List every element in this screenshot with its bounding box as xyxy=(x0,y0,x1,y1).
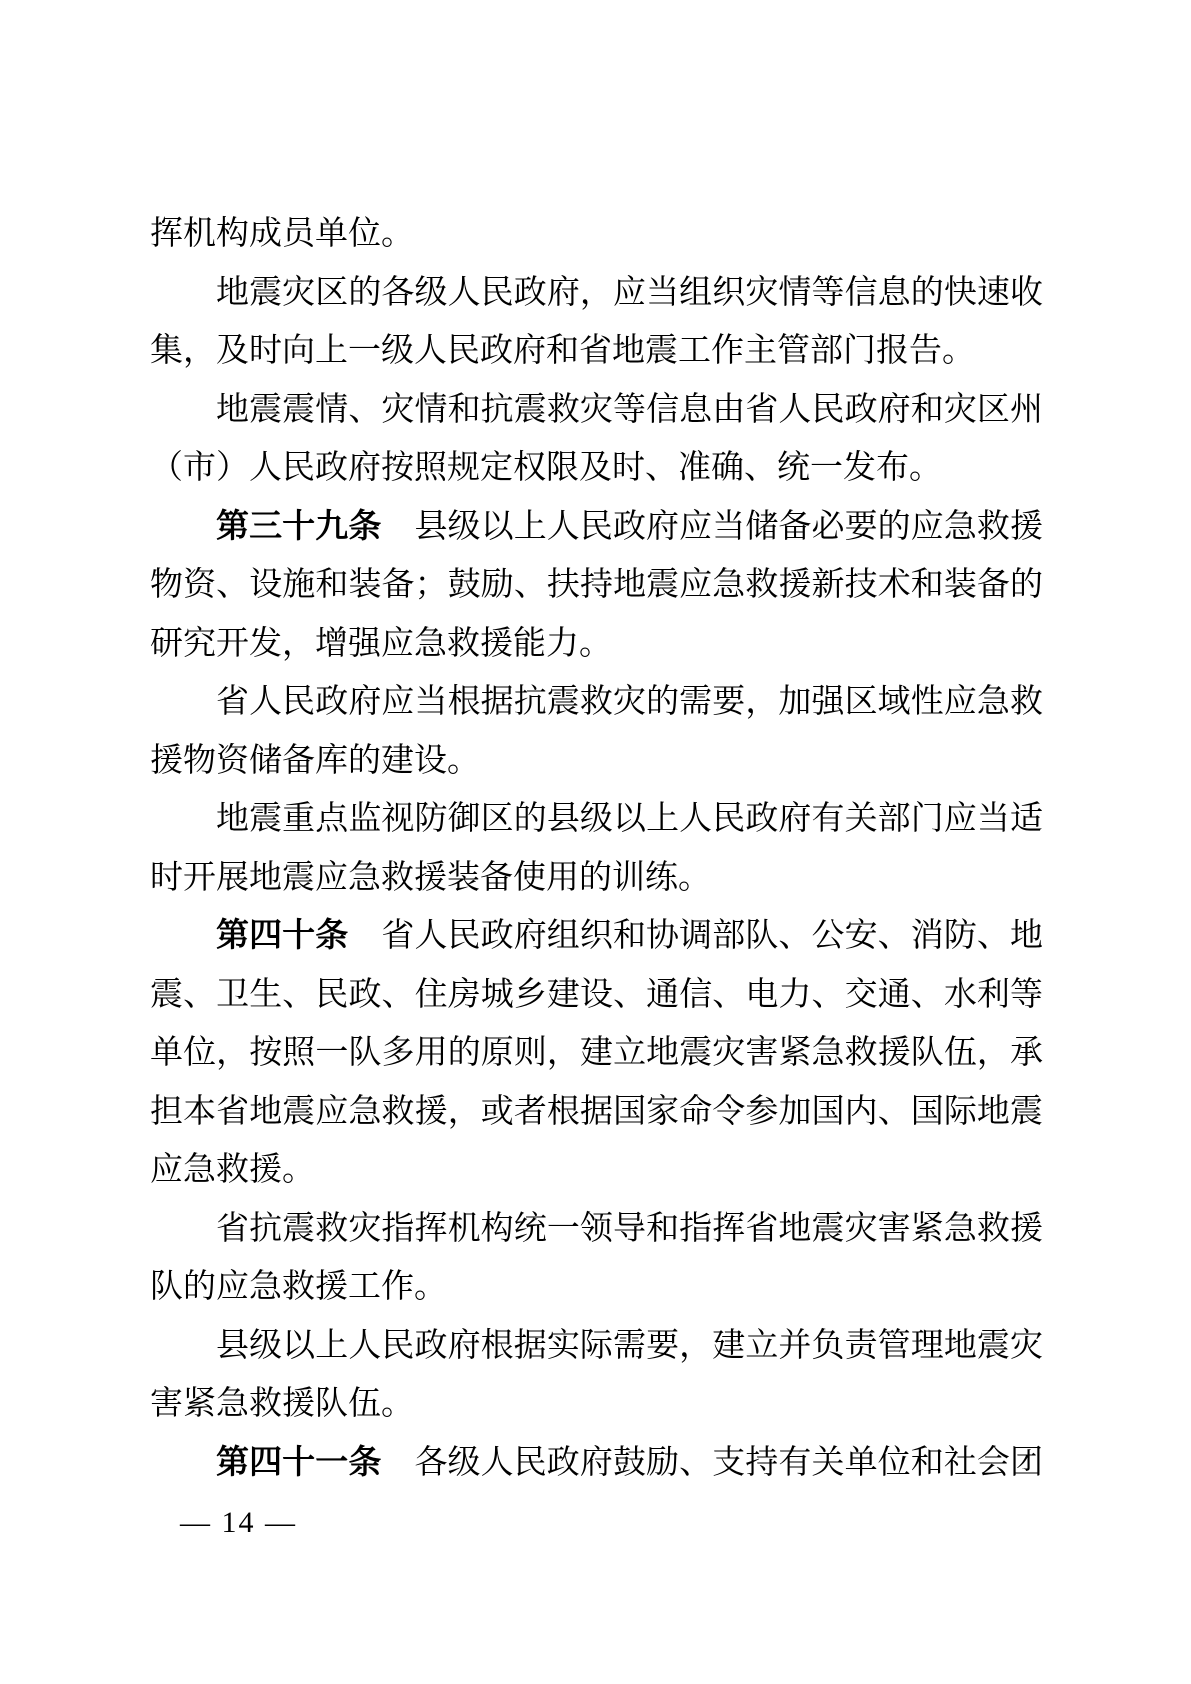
text-run: 地震灾区的各级人民政府，应当组织灾情等信息的快速收 xyxy=(216,275,1043,311)
text-line: 担本省地震应急救援，或者根据国家命令参加国内、国际地震 xyxy=(150,1083,1043,1142)
text-line: 集，及时向上一级人民政府和省地震工作主管部门报告。 xyxy=(150,322,1043,381)
article-number: 第三十九条 xyxy=(216,509,381,545)
text-line: 第三十九条县级以上人民政府应当储备必要的应急救援 xyxy=(150,498,1043,557)
text-line: （市）人民政府按照规定权限及时、准确、统一发布。 xyxy=(150,439,1043,498)
text-line: 队的应急救援工作。 xyxy=(150,1258,1043,1317)
text-run: 省人民政府组织和协调部队、公安、消防、地 xyxy=(381,918,1043,954)
page-number-text: — 14 — xyxy=(180,1506,297,1539)
text-run: 县级以上人民政府应当储备必要的应急救援 xyxy=(414,509,1043,545)
text-line: 挥机构成员单位。 xyxy=(150,205,1043,264)
text-run: 地震重点监视防御区的县级以上人民政府有关部门应当适 xyxy=(216,801,1043,837)
text-line: 第四十一条各级人民政府鼓励、支持有关单位和社会团 xyxy=(150,1434,1043,1493)
text-run: 担本省地震应急救援，或者根据国家命令参加国内、国际地震 xyxy=(150,1094,1043,1130)
text-run: 研究开发，增强应急救援能力。 xyxy=(150,626,612,662)
text-run: 物资、设施和装备；鼓励、扶持地震应急救援新技术和装备的 xyxy=(150,567,1043,603)
text-run: （市）人民政府按照规定权限及时、准确、统一发布。 xyxy=(150,450,942,486)
text-run: 时开展地震应急救援装备使用的训练。 xyxy=(150,860,711,896)
text-run: 害紧急救援队伍。 xyxy=(150,1386,414,1422)
text-run: 应急救援。 xyxy=(150,1152,315,1188)
text-run: 队的应急救援工作。 xyxy=(150,1269,447,1305)
text-run: 援物资储备库的建设。 xyxy=(150,743,480,779)
article-number: 第四十条 xyxy=(216,918,348,954)
text-run: 地震震情、灾情和抗震救灾等信息由省人民政府和灾区州 xyxy=(216,392,1043,428)
text-line: 研究开发，增强应急救援能力。 xyxy=(150,615,1043,674)
document-body: 挥机构成员单位。地震灾区的各级人民政府，应当组织灾情等信息的快速收集，及时向上一… xyxy=(150,205,1043,1492)
text-line: 单位，按照一队多用的原则，建立地震灾害紧急救援队伍，承 xyxy=(150,1024,1043,1083)
text-line: 应急救援。 xyxy=(150,1141,1043,1200)
text-line: 第四十条省人民政府组织和协调部队、公安、消防、地 xyxy=(150,907,1043,966)
document-page: 挥机构成员单位。地震灾区的各级人民政府，应当组织灾情等信息的快速收集，及时向上一… xyxy=(0,0,1191,1684)
text-line: 时开展地震应急救援装备使用的训练。 xyxy=(150,849,1043,908)
text-line: 地震震情、灾情和抗震救灾等信息由省人民政府和灾区州 xyxy=(150,381,1043,440)
text-run: 集，及时向上一级人民政府和省地震工作主管部门报告。 xyxy=(150,333,975,369)
text-line: 物资、设施和装备；鼓励、扶持地震应急救援新技术和装备的 xyxy=(150,556,1043,615)
text-run: 省抗震救灾指挥机构统一领导和指挥省地震灾害紧急救援 xyxy=(216,1211,1043,1247)
page-number: — 14 — xyxy=(180,1503,297,1543)
text-run: 单位，按照一队多用的原则，建立地震灾害紧急救援队伍，承 xyxy=(150,1035,1043,1071)
text-line: 省人民政府应当根据抗震救灾的需要，加强区域性应急救 xyxy=(150,673,1043,732)
text-line: 地震重点监视防御区的县级以上人民政府有关部门应当适 xyxy=(150,790,1043,849)
text-line: 害紧急救援队伍。 xyxy=(150,1375,1043,1434)
text-line: 县级以上人民政府根据实际需要，建立并负责管理地震灾 xyxy=(150,1317,1043,1376)
text-line: 省抗震救灾指挥机构统一领导和指挥省地震灾害紧急救援 xyxy=(150,1200,1043,1259)
text-run: 震、卫生、民政、住房城乡建设、通信、电力、交通、水利等 xyxy=(150,977,1043,1013)
text-run: 各级人民政府鼓励、支持有关单位和社会团 xyxy=(414,1445,1043,1481)
text-run: 县级以上人民政府根据实际需要，建立并负责管理地震灾 xyxy=(216,1328,1043,1364)
text-run: 挥机构成员单位。 xyxy=(150,216,414,252)
article-number: 第四十一条 xyxy=(216,1445,381,1481)
text-line: 地震灾区的各级人民政府，应当组织灾情等信息的快速收 xyxy=(150,264,1043,323)
text-line: 援物资储备库的建设。 xyxy=(150,732,1043,791)
text-line: 震、卫生、民政、住房城乡建设、通信、电力、交通、水利等 xyxy=(150,966,1043,1025)
text-run: 省人民政府应当根据抗震救灾的需要，加强区域性应急救 xyxy=(216,684,1043,720)
